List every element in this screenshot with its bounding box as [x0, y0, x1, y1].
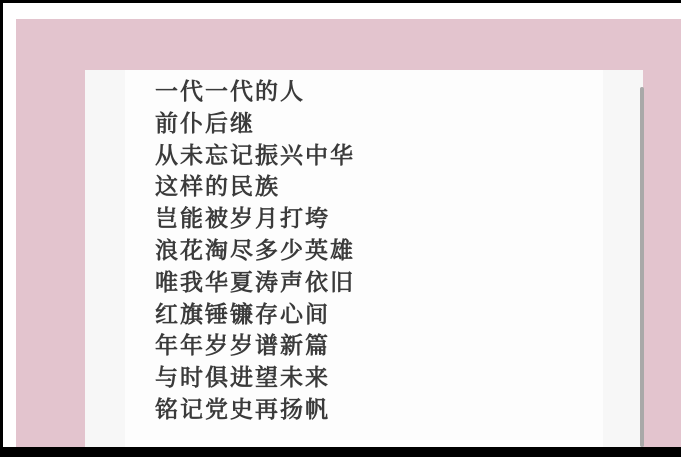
text-content-area: 一代一代的人 前仆后继 从未忘记振兴中华 这样的民族 岂能被岁月打垮 浪花淘尽多…: [125, 70, 603, 447]
poem-line: 年年岁岁谱新篇: [155, 331, 355, 363]
poem-line: 红旗锤镰存心间: [155, 300, 355, 332]
text-panel: 一代一代的人 前仆后继 从未忘记振兴中华 这样的民族 岂能被岁月打垮 浪花淘尽多…: [85, 70, 643, 447]
vertical-scrollbar[interactable]: [640, 87, 644, 447]
pink-background: 一代一代的人 前仆后继 从未忘记振兴中华 这样的民族 岂能被岁月打垮 浪花淘尽多…: [16, 19, 681, 447]
image-frame: 一代一代的人 前仆后继 从未忘记振兴中华 这样的民族 岂能被岁月打垮 浪花淘尽多…: [3, 3, 681, 447]
poem-line: 与时俱进望未来: [155, 363, 355, 395]
poem-line: 这样的民族: [155, 172, 355, 204]
poem-line: 从未忘记振兴中华: [155, 141, 355, 173]
poem-lines: 一代一代的人 前仆后继 从未忘记振兴中华 这样的民族 岂能被岁月打垮 浪花淘尽多…: [155, 77, 355, 427]
poem-line: 浪花淘尽多少英雄: [155, 236, 355, 268]
poem-line: 唯我华夏涛声依旧: [155, 268, 355, 300]
poem-line: 铭记党史再扬帆: [155, 395, 355, 427]
poem-line: 一代一代的人: [155, 77, 355, 109]
poem-line: 岂能被岁月打垮: [155, 204, 355, 236]
poem-line: 前仆后继: [155, 109, 355, 141]
